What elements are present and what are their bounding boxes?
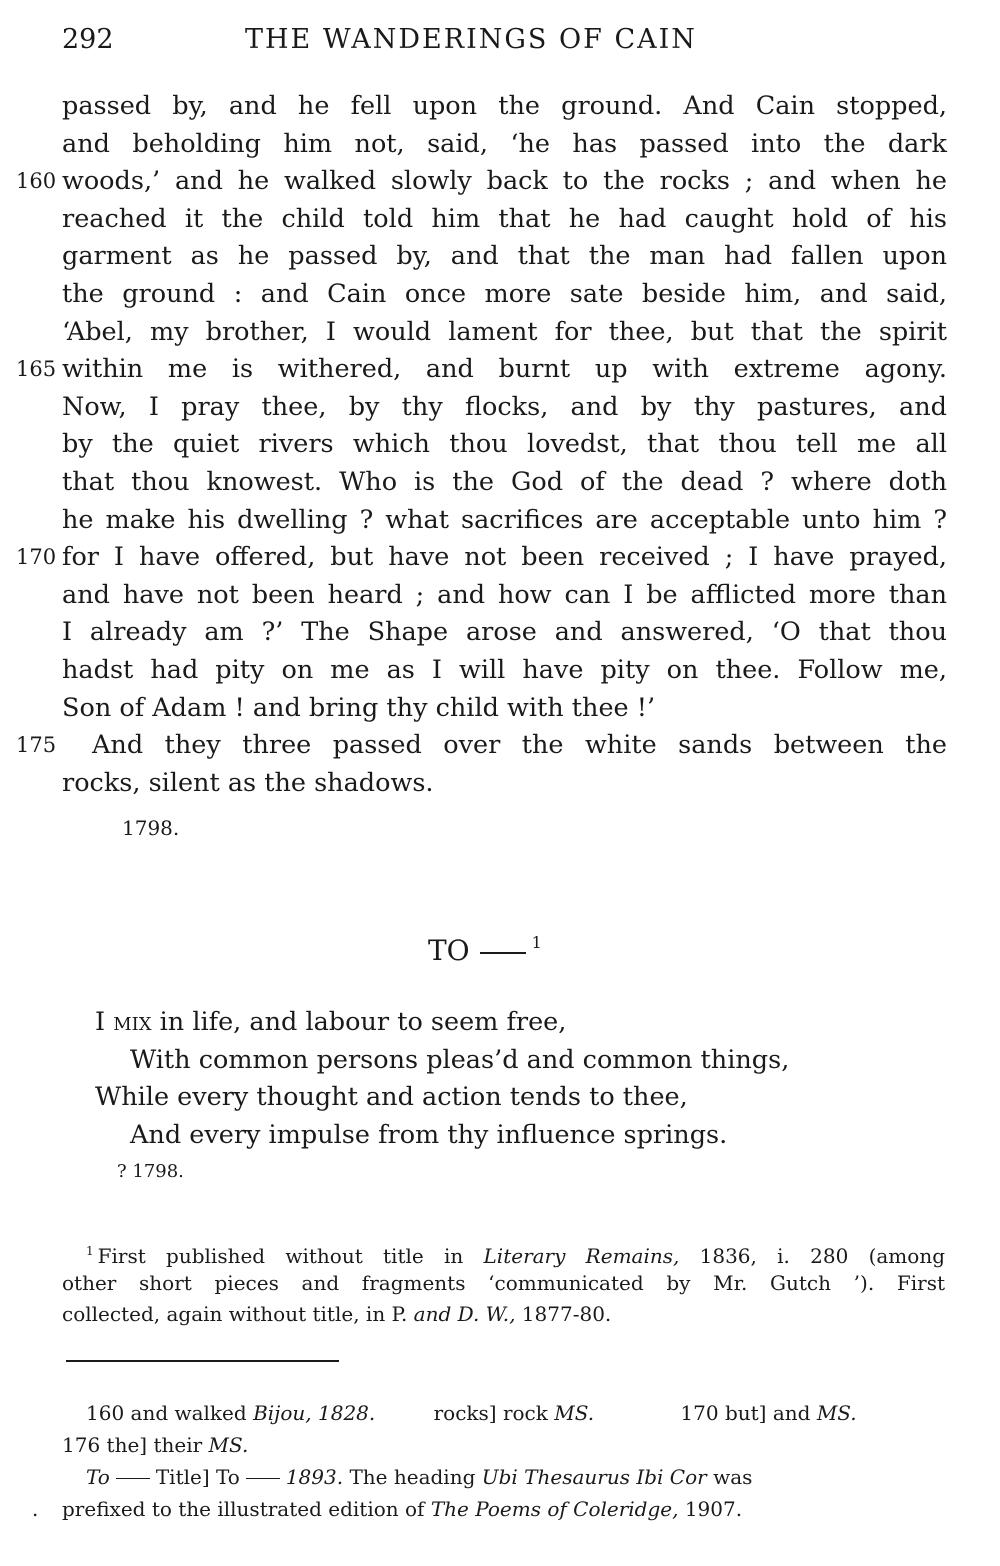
poem-line: With common persons pleas’d and common t…	[95, 1042, 789, 1080]
poem-line: While every thought and action tends to …	[95, 1079, 789, 1117]
prose-line: hadst had pity on me as I will have pity…	[62, 652, 947, 690]
prose-line: by the quiet rivers which thou lovedst, …	[62, 426, 947, 464]
stray-mark: .	[32, 1493, 38, 1525]
footnote: 1First published without title in Litera…	[62, 1236, 945, 1331]
prose-line: 165within me is withered, and burnt up w…	[62, 351, 947, 389]
poem-title-text: TO	[428, 934, 470, 967]
prose-line-text: Now, I pray thee, by thy flocks, and by …	[62, 392, 947, 422]
prose-line-text: passed by, and he fell upon the ground. …	[62, 91, 947, 121]
footnote-marker: 1	[532, 933, 542, 952]
line-number: 170	[16, 539, 56, 577]
prose-line: the ground : and Cain once more sate bes…	[62, 276, 947, 314]
variant-text: Title] To	[156, 1465, 240, 1489]
poem-body: I mix in life, and labour to seem free, …	[95, 1004, 789, 1154]
variant-italic: The Poems of Coleridge,	[431, 1497, 679, 1521]
variant-italic: Bijou, 1828.	[253, 1401, 375, 1425]
prose-line-text: reached it the child told him that he ha…	[62, 204, 947, 234]
poem-line-text: in life, and labour to seem free,	[152, 1007, 567, 1037]
prose-line: that thou knowest. Who is the God of the…	[62, 464, 947, 502]
footnote-divider	[66, 1360, 339, 1362]
prose-line-text: garment as he passed by, and that the ma…	[62, 241, 947, 271]
prose-line: rocks, silent as the shadows.	[62, 765, 947, 803]
running-head: 292 THE WANDERINGS OF CAIN	[62, 24, 947, 64]
variant-text: 1907.	[678, 1497, 742, 1521]
prose-line: and beholding him not, said, ‘he has pas…	[62, 126, 947, 164]
poem-title: TO1	[428, 933, 542, 967]
dash	[116, 1478, 150, 1479]
prose-line: and have not been heard ; and how can I …	[62, 577, 947, 615]
footnote-line: 1First published without title in Litera…	[62, 1236, 945, 1268]
line-number: 175	[16, 727, 56, 765]
prose-line: Son of Adam ! and bring thy child with t…	[62, 690, 947, 728]
prose-line: 170for I have offered, but have not been…	[62, 539, 947, 577]
footnote-number: 1	[86, 1244, 94, 1258]
drop-word: I	[95, 1007, 105, 1037]
prose-line: 175And they three passed over the white …	[62, 727, 947, 765]
footnote-text: 1836, i. 280 (among	[679, 1244, 945, 1268]
variant-italic: To	[86, 1465, 110, 1489]
prose-line: garment as he passed by, and that the ma…	[62, 238, 947, 276]
prose-line-text: and have not been heard ; and how can I …	[62, 580, 947, 610]
variant-text: rocks] rock	[434, 1401, 555, 1425]
footnote-line: collected, again without title, in P. an…	[62, 1299, 945, 1331]
prose-date: 1798.	[122, 816, 179, 840]
prose-line-text: that thou knowest. Who is the God of the…	[62, 467, 947, 497]
variant-line: 176 the] their MS.	[62, 1429, 945, 1461]
prose-line-text: hadst had pity on me as I will have pity…	[62, 655, 947, 685]
variant-text: 170 but] and	[680, 1401, 816, 1425]
prose-line: reached it the child told him that he ha…	[62, 201, 947, 239]
prose-line-text: Son of Adam ! and bring thy child with t…	[62, 693, 655, 723]
variant-italic: Ubi Thesaurus Ibi Cor	[482, 1465, 707, 1489]
footnote-text: 1877-80.	[515, 1302, 611, 1326]
footnote-text: First published without title in	[98, 1244, 484, 1268]
small-caps-word: mix	[113, 1007, 151, 1037]
footnote-line: other short pieces and fragments ‘commun…	[62, 1268, 945, 1300]
prose-line-text: by the quiet rivers which thou lovedst, …	[62, 429, 947, 459]
prose-line-text: for I have offered, but have not been re…	[62, 542, 947, 572]
prose-line: 160woods,’ and he walked slowly back to …	[62, 163, 947, 201]
variant-italic: MS.	[817, 1401, 857, 1425]
title-dash	[480, 952, 526, 954]
prose-line: ‘Abel, my brother, I would lament for th…	[62, 314, 947, 352]
variant-text: 176 the] their	[62, 1433, 209, 1457]
variant-italic: MS.	[554, 1401, 594, 1425]
variant-text: The heading	[343, 1465, 482, 1489]
line-number: 160	[16, 163, 56, 201]
prose-line: I already am ?’ The Shape arose and answ…	[62, 614, 947, 652]
footnote-italic: and D. W.,	[414, 1302, 516, 1326]
variant-text: was	[707, 1465, 753, 1489]
prose-line-text: woods,’ and he walked slowly back to the…	[62, 166, 947, 196]
variant-line: ToTitle] To1893. The heading Ubi Thesaur…	[62, 1461, 945, 1493]
prose-line-text: and beholding him not, said, ‘he has pas…	[62, 129, 947, 159]
variant-italic: MS.	[209, 1433, 249, 1457]
poem-line: And every impulse from thy influence spr…	[95, 1117, 789, 1155]
variant-line: .prefixed to the illustrated edition of …	[62, 1493, 945, 1525]
prose-line: Now, I pray thee, by thy flocks, and by …	[62, 389, 947, 427]
prose-passage: passed by, and he fell upon the ground. …	[62, 88, 947, 802]
poem-line: I mix in life, and labour to seem free,	[95, 1004, 789, 1042]
footnote-text: collected, again without title, in P.	[62, 1302, 414, 1326]
variant-text: prefixed to the illustrated edition of	[62, 1497, 431, 1521]
dash	[246, 1478, 280, 1479]
variant-italic: 1893.	[286, 1465, 343, 1489]
prose-line-text: the ground : and Cain once more sate bes…	[62, 279, 947, 309]
variant-text: 160 and walked	[86, 1401, 253, 1425]
textual-variants: 160 and walked Bijou, 1828. rocks] rock …	[62, 1397, 945, 1525]
prose-line-text: And they three passed over the white san…	[92, 730, 947, 760]
running-title: THE WANDERINGS OF CAIN	[245, 24, 697, 55]
poem-date: ? 1798.	[117, 1161, 184, 1182]
prose-line-text: I already am ?’ The Shape arose and answ…	[62, 617, 947, 647]
footnote-italic: Literary Remains,	[484, 1244, 680, 1268]
prose-line-text: within me is withered, and burnt up with…	[62, 354, 947, 384]
prose-line-text: ‘Abel, my brother, I would lament for th…	[62, 317, 947, 347]
page-number: 292	[62, 24, 114, 55]
prose-line: he make his dwelling ? what sacrifices a…	[62, 502, 947, 540]
variant-line: 160 and walked Bijou, 1828. rocks] rock …	[62, 1397, 945, 1429]
prose-line-text: he make his dwelling ? what sacrifices a…	[62, 505, 947, 535]
line-number: 165	[16, 351, 56, 389]
prose-line-text: rocks, silent as the shadows.	[62, 768, 434, 798]
prose-line: passed by, and he fell upon the ground. …	[62, 88, 947, 126]
